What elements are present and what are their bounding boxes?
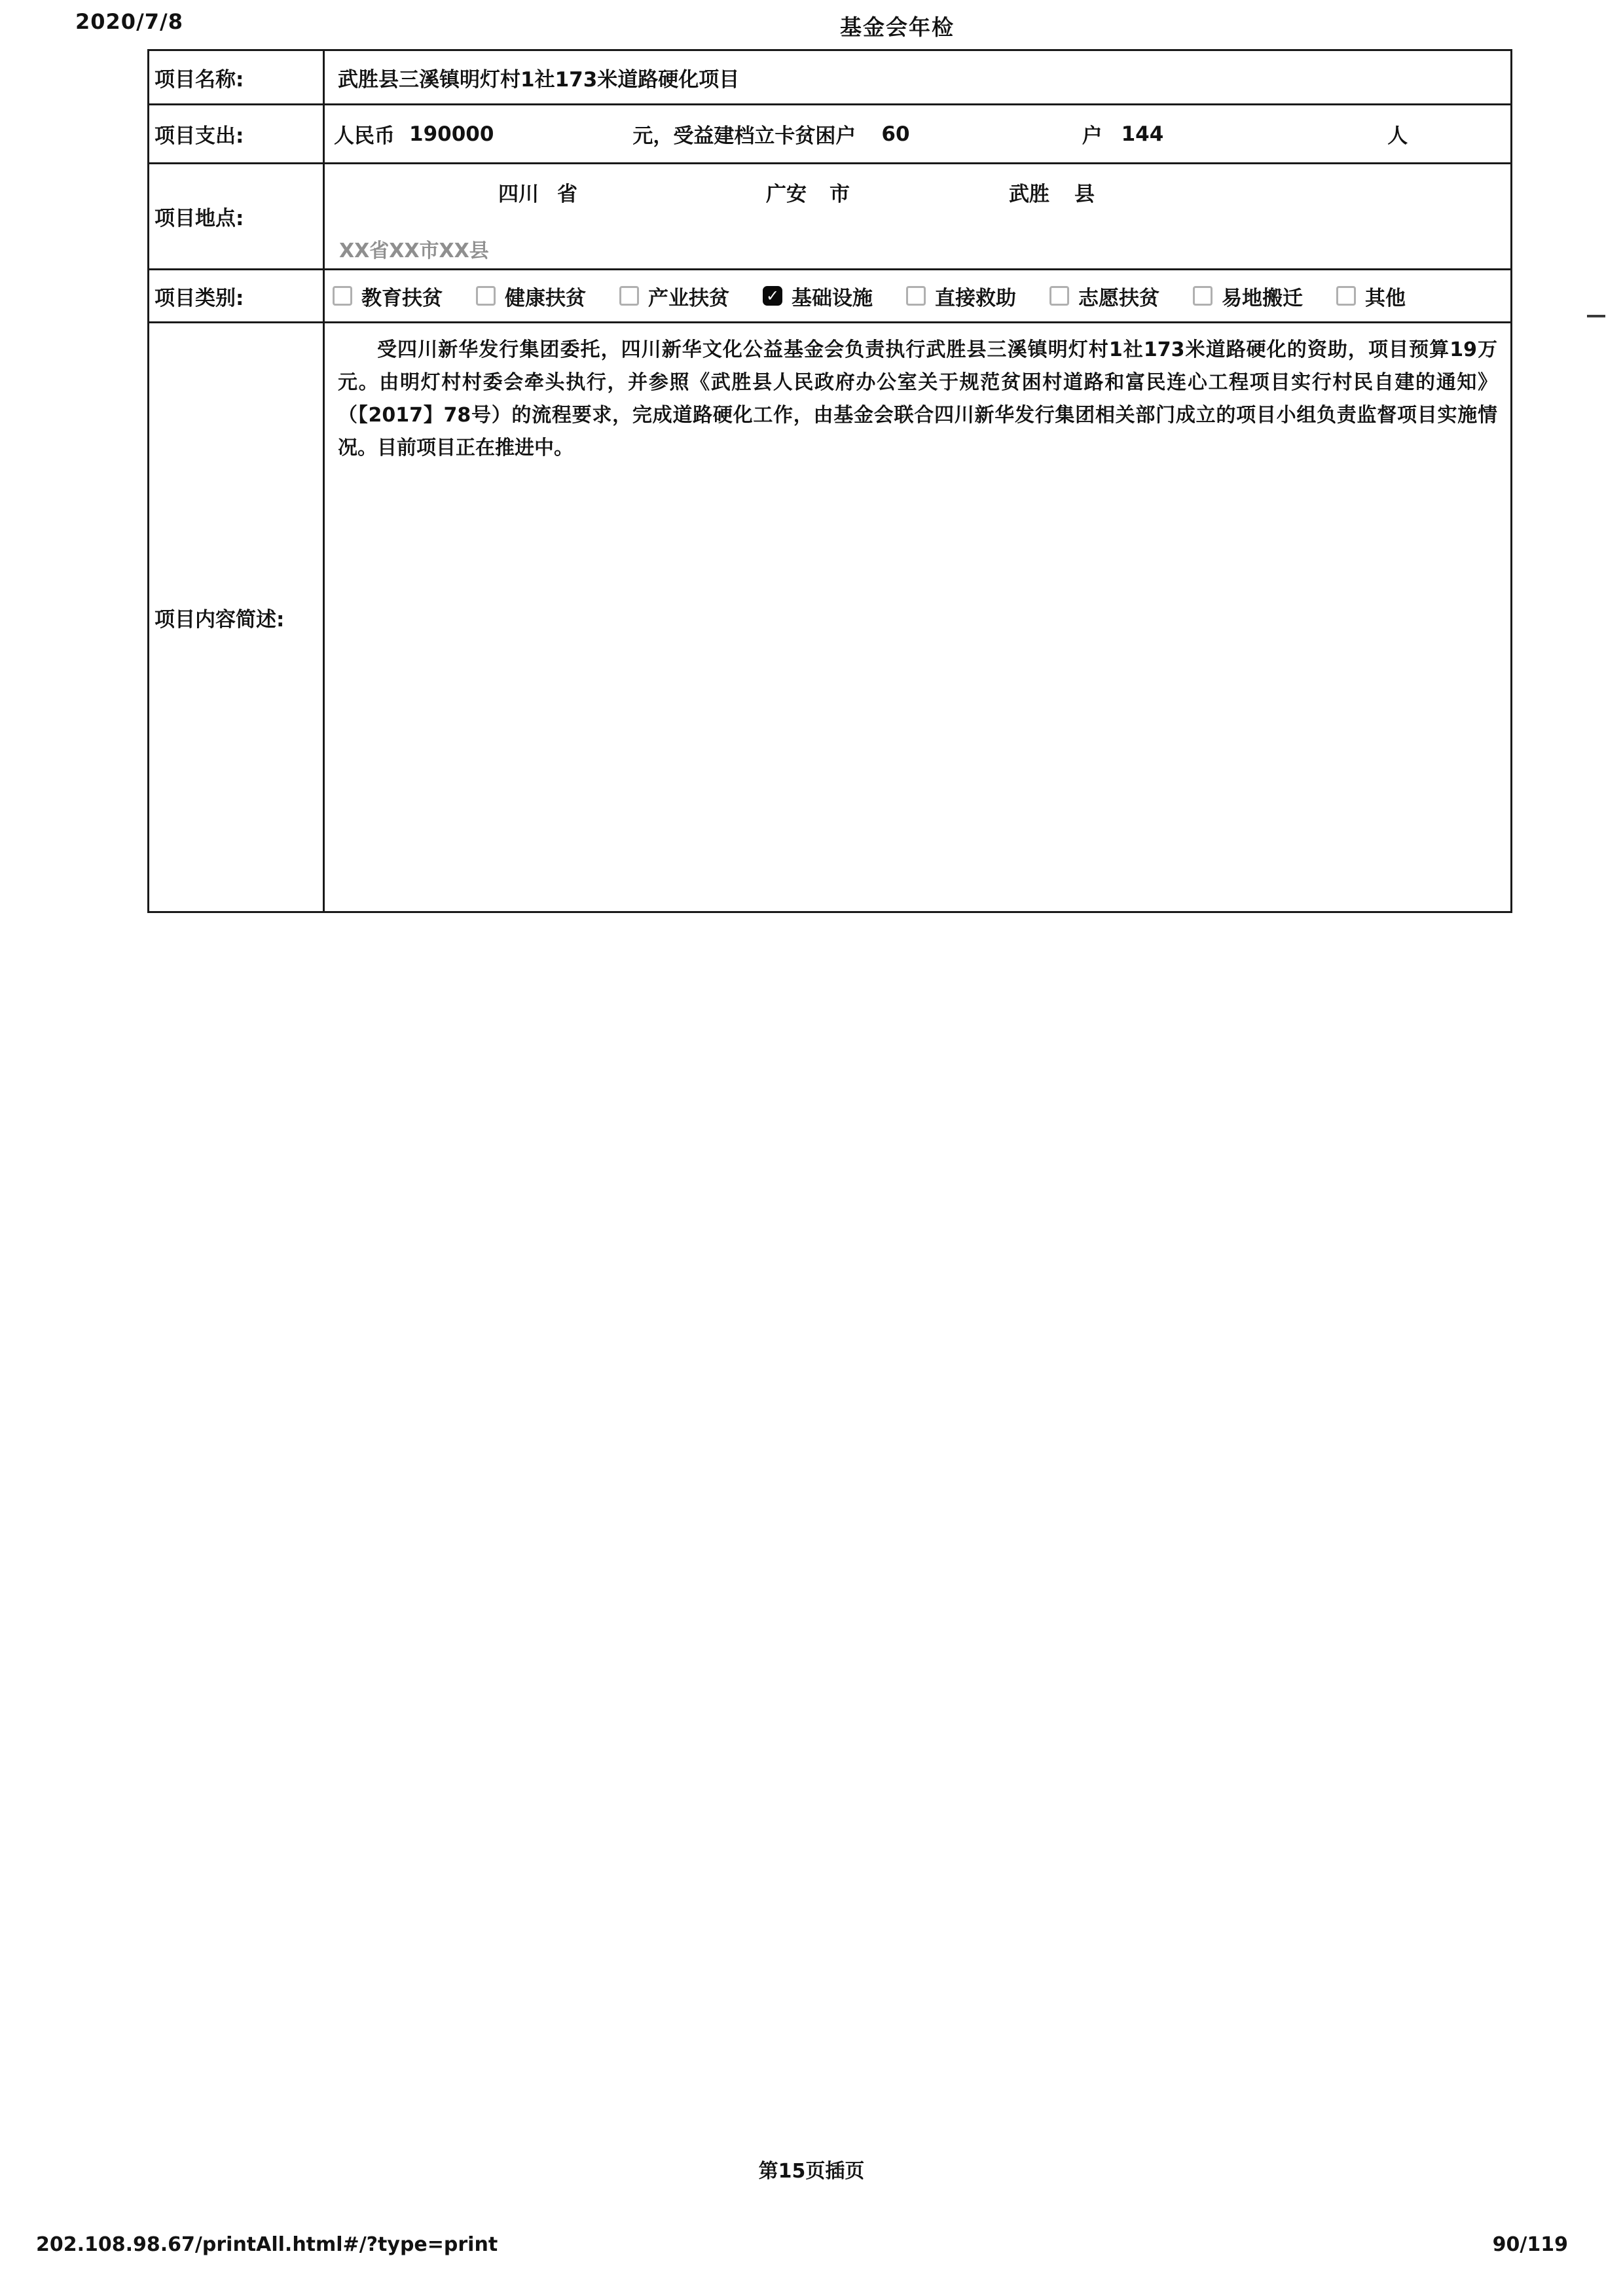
print-date: 2020/7/8 — [75, 9, 183, 34]
row-project-summary: 项目内容简述: 受四川新华发行集团委托，四川新华文化公益基金会负责执行武胜县三溪… — [149, 323, 1510, 911]
checkbox-icon: ✓ — [1193, 286, 1213, 306]
checkbox-icon: ✓ — [1049, 286, 1069, 306]
category-option: ✓ 志愿扶贫 — [1049, 281, 1159, 311]
project-name-label: 项目名称: — [149, 51, 325, 103]
expense-currency: 人民币 — [334, 119, 395, 149]
category-option: ✓ 直接救助 — [906, 281, 1016, 311]
category-option: ✓ 教育扶贫 — [333, 281, 443, 311]
checkbox-icon: ✓ — [333, 286, 352, 306]
project-expense-label: 项目支出: — [149, 105, 325, 162]
beneficiary-label: 受益建档立卡贫困户 — [673, 119, 856, 149]
location-county-suffix: 县 — [1074, 177, 1095, 207]
category-option-label: 直接救助 — [935, 281, 1016, 311]
category-options: ✓ 教育扶贫 ✓ 健康扶贫 ✓ 产业扶贫 ✓ 基础设施 ✓ 直接救助 — [325, 270, 1510, 321]
people-unit: 人 — [1387, 119, 1408, 149]
project-location-value: 四川 省 广安 市 武胜 县 XX省XX市XX县 — [325, 164, 1510, 268]
households-unit: 户 — [1082, 119, 1103, 149]
category-option-label: 基础设施 — [792, 281, 873, 311]
checkbox-checked-icon: ✓ — [763, 286, 782, 306]
expense-amount-unit: 元， — [632, 119, 673, 149]
margin-mark — [1587, 315, 1605, 317]
category-option-label: 教育扶贫 — [361, 281, 443, 311]
page-title: 基金会年检 — [840, 10, 955, 41]
category-option: ✓ 健康扶贫 — [476, 281, 586, 311]
category-option-label: 健康扶贫 — [505, 281, 586, 311]
checkbox-icon: ✓ — [1336, 286, 1356, 306]
project-expense-value: 人民币 190000 元， 受益建档立卡贫困户 60 户 144 人 — [325, 105, 1510, 162]
project-summary-value: 受四川新华发行集团委托，四川新华文化公益基金会负责执行武胜县三溪镇明灯村1社17… — [325, 323, 1510, 911]
project-name-value: 武胜县三溪镇明灯村1社173米道路硬化项目 — [325, 51, 1510, 103]
checkbox-icon: ✓ — [906, 286, 926, 306]
row-project-name: 项目名称: 武胜县三溪镇明灯村1社173米道路硬化项目 — [149, 51, 1510, 105]
expense-amount: 190000 — [409, 122, 494, 146]
summary-paragraph: 受四川新华发行集团委托，四川新华文化公益基金会负责执行武胜县三溪镇明灯村1社17… — [338, 334, 1497, 465]
printed-page: 2020/7/8 基金会年检 项目名称: 武胜县三溪镇明灯村1社173米道路硬化… — [0, 0, 1623, 2296]
row-project-category: 项目类别: ✓ 教育扶贫 ✓ 健康扶贫 ✓ 产业扶贫 ✓ 基础设施 — [149, 270, 1510, 323]
project-summary-label: 项目内容简述: — [149, 323, 325, 911]
footer-page-indicator: 90/119 — [1493, 2233, 1568, 2256]
location-city: 广安 — [766, 177, 807, 207]
category-option-label: 其他 — [1365, 281, 1406, 311]
location-province: 四川 — [498, 177, 539, 207]
location-city-suffix: 市 — [830, 177, 850, 207]
row-project-expense: 项目支出: 人民币 190000 元， 受益建档立卡贫困户 60 户 144 人 — [149, 105, 1510, 164]
checkbox-icon: ✓ — [619, 286, 639, 306]
project-location-label: 项目地点: — [149, 164, 325, 268]
category-option: ✓ 产业扶贫 — [619, 281, 729, 311]
category-option-label: 产业扶贫 — [648, 281, 729, 311]
footer-url: 202.108.98.67/printAll.html#/?type=print — [36, 2233, 498, 2256]
category-option: ✓ 基础设施 — [763, 281, 873, 311]
row-project-location: 项目地点: 四川 省 广安 市 武胜 县 XX省XX市XX县 — [149, 164, 1510, 270]
location-placeholder: XX省XX市XX县 — [339, 234, 1510, 263]
category-option-label: 易地搬迁 — [1222, 281, 1303, 311]
checkbox-icon: ✓ — [476, 286, 496, 306]
people-value: 144 — [1122, 122, 1164, 146]
category-option-label: 志愿扶贫 — [1078, 281, 1159, 311]
location-line: 四川 省 广安 市 武胜 县 — [325, 177, 1510, 207]
project-form-table: 项目名称: 武胜县三溪镇明灯村1社173米道路硬化项目 项目支出: 人民币 19… — [147, 49, 1512, 913]
insert-page-label: 第15页插页 — [0, 2155, 1623, 2183]
category-option: ✓ 易地搬迁 — [1193, 281, 1303, 311]
project-category-label: 项目类别: — [149, 270, 325, 321]
households-value: 60 — [881, 122, 909, 146]
category-option: ✓ 其他 — [1336, 281, 1406, 311]
location-province-suffix: 省 — [557, 177, 577, 207]
location-county: 武胜 — [1009, 177, 1049, 207]
